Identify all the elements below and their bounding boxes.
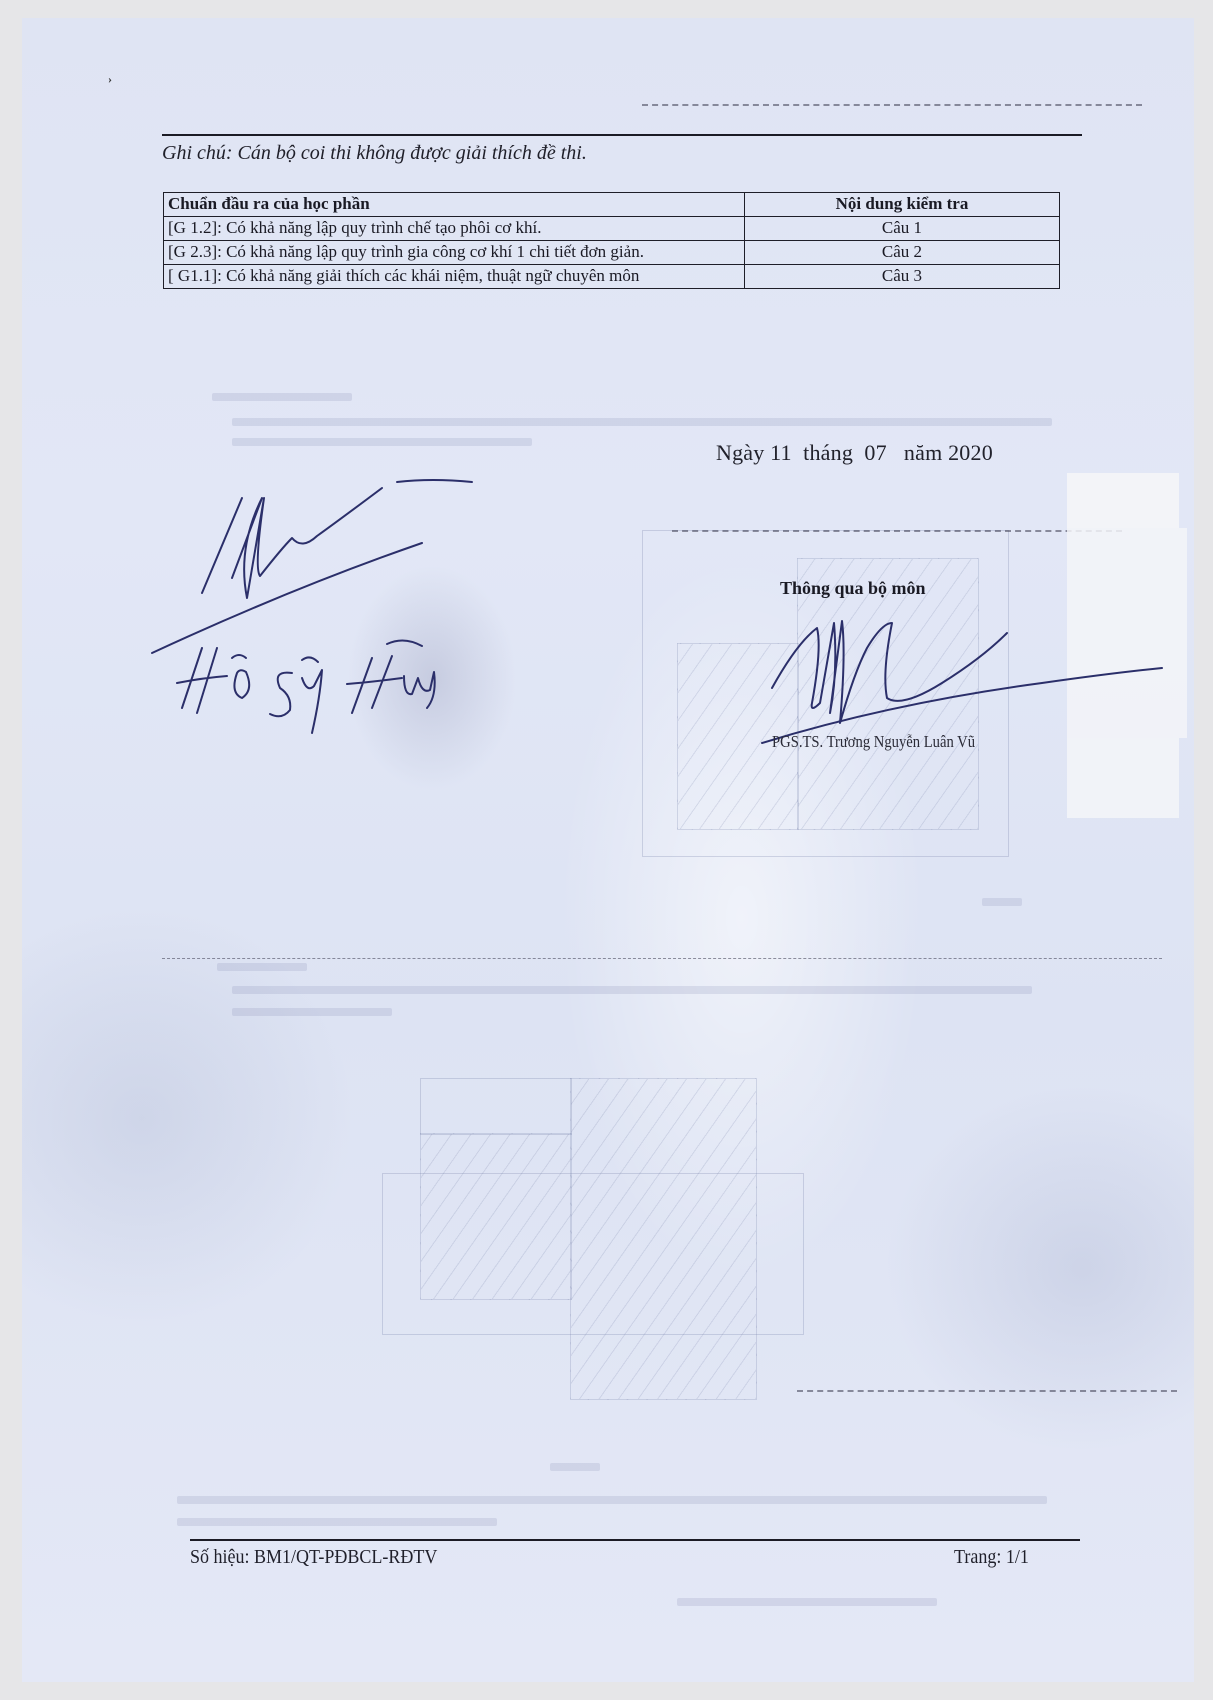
table-row: [G 1.2]: Có khả năng lập quy trình chế t… (164, 217, 1060, 241)
bleed-text (550, 1463, 600, 1471)
header-rule (162, 134, 1082, 136)
scanned-page: › Ghi chú: Cán bộ coi thi không được giả… (22, 18, 1194, 1682)
bleed-drawing (570, 1078, 757, 1400)
bleed-text (677, 1598, 937, 1606)
table-header-row: Chuẩn đầu ra của học phần Nội dung kiểm … (164, 193, 1060, 217)
bleed-text (982, 898, 1022, 906)
exam-note: Ghi chú: Cán bộ coi thi không được giải … (162, 142, 587, 165)
bleed-text (232, 986, 1032, 994)
column-header-outcome: Chuẩn đầu ra của học phần (164, 193, 745, 217)
learning-outcomes-table: Chuẩn đầu ra của học phần Nội dung kiểm … (163, 192, 1060, 289)
signing-date: Ngày 11 tháng 07 năm 2020 (716, 440, 993, 466)
scan-mark: › (108, 72, 112, 87)
scan-dashed-line (672, 530, 1122, 532)
author-signature (142, 458, 522, 738)
question-cell: Câu 1 (745, 217, 1060, 241)
outcome-cell: [G 1.2]: Có khả năng lập quy trình chế t… (164, 217, 745, 241)
approver-signature (742, 593, 1182, 753)
scan-white-patch (1067, 473, 1179, 528)
outcome-cell: [G 2.3]: Có khả năng lập quy trình gia c… (164, 241, 745, 265)
bleed-text (232, 1008, 392, 1016)
bleed-drawing (420, 1078, 572, 1135)
approver-name: PGS.TS. Trương Nguyễn Luân Vũ (772, 732, 975, 752)
outcome-cell: [ G1.1]: Có khả năng giải thích các khái… (164, 265, 745, 289)
footer-rule (190, 1539, 1080, 1541)
table-row: [ G1.1]: Có khả năng giải thích các khái… (164, 265, 1060, 289)
bleed-text (217, 963, 307, 971)
bleed-text (177, 1518, 497, 1526)
scan-dashed-line (797, 1390, 1177, 1392)
column-header-content: Nội dung kiểm tra (745, 193, 1060, 217)
scan-dashed-line (642, 104, 1142, 106)
question-cell: Câu 3 (745, 265, 1060, 289)
page-number: Trang: 1/1 (954, 1546, 1029, 1569)
bleed-drawing (420, 1133, 572, 1300)
bleed-text (232, 418, 1052, 426)
bleed-text (177, 1496, 1047, 1504)
bleed-text (232, 438, 532, 446)
scan-dashed-line (162, 958, 1162, 959)
table-row: [G 2.3]: Có khả năng lập quy trình gia c… (164, 241, 1060, 265)
question-cell: Câu 2 (745, 241, 1060, 265)
document-code: Số hiệu: BM1/QT-PĐBCL-RĐTV (190, 1546, 437, 1569)
bleed-text (212, 393, 352, 401)
